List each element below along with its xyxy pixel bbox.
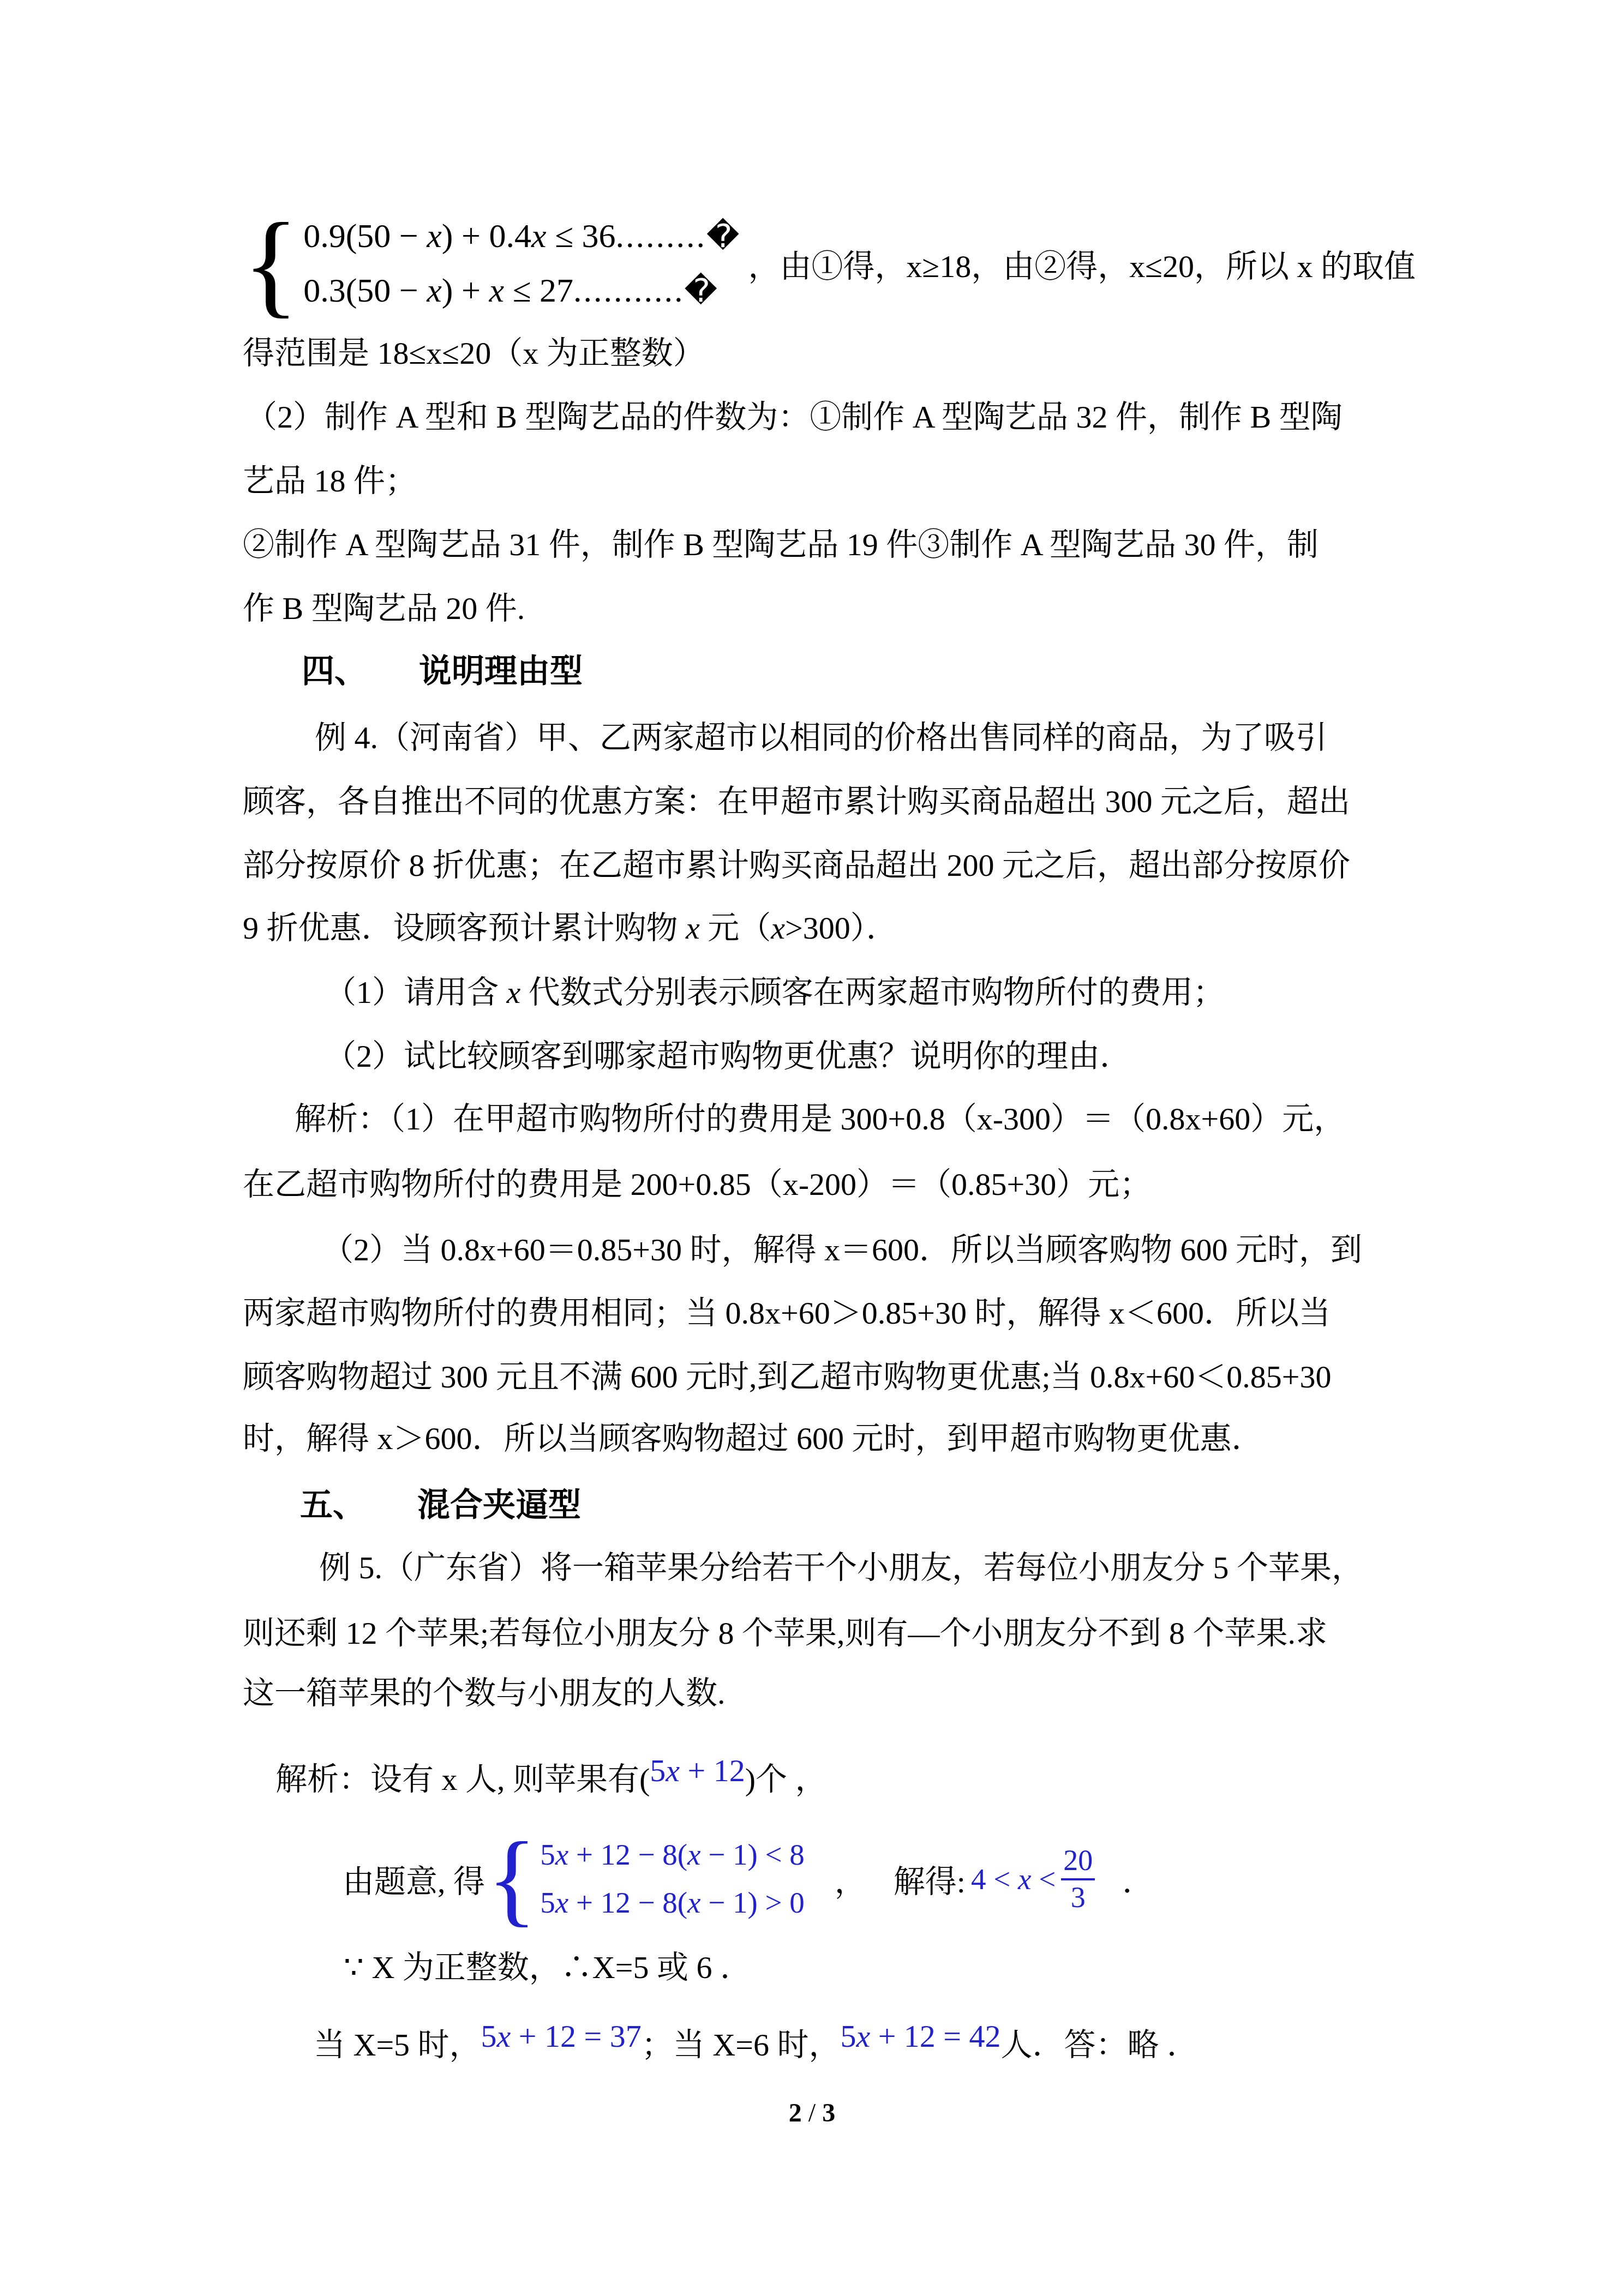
- text-segment: x: [1018, 1862, 1031, 1896]
- example-4-line-3: 部分按原价 8 折优惠；在乙超市累计购买商品超出 200 元之后，超出部分按原价: [243, 848, 1350, 883]
- answer-count-line-4: 作 B 型陶艺品 20 件.: [243, 591, 525, 627]
- text-segment: x: [856, 2018, 870, 2054]
- text-segment: − 1) < 8: [700, 1838, 804, 1871]
- text-segment: 3: [822, 2099, 835, 2127]
- replacement-char-icon: �: [706, 217, 739, 255]
- text-segment: x: [771, 910, 785, 946]
- text-segment: + 12 − 8(: [568, 1886, 687, 1919]
- system-rows: 0.9(50 − x) + 0.4x ≤ 36.........� 0.3(50…: [303, 209, 739, 318]
- fraction-20-3: 20 3: [1061, 1843, 1095, 1914]
- system-comma: ，: [835, 1856, 866, 1902]
- inequality-system-block: { 0.9(50 − x) + 0.4x ≤ 36.........� 0.3(…: [243, 205, 1416, 322]
- blue-system-brace: {: [487, 1827, 537, 1931]
- system-period: ．: [1122, 1856, 1154, 1902]
- text-segment: 0.3(50 −: [303, 272, 427, 309]
- text-segment: ) + 0.4: [442, 218, 531, 255]
- text-segment: x: [687, 1838, 700, 1871]
- text-segment: 9 折优惠．设顾客预计累计购物: [243, 910, 686, 946]
- final-answer-post: 人．答：略 ．: [1001, 2027, 1199, 2063]
- example-4-solution-line-4: 两家超市购物所付的费用相同；当 0.8x+60＞0.85+30 时，解得 x＜6…: [243, 1295, 1331, 1331]
- example-5-line-1: 例 5.（广东省）将一箱苹果分给若干个小朋友，若每位小朋友分 5 个苹果，: [319, 1550, 1363, 1586]
- inline-math-x5: 5x + 12 = 37: [481, 2018, 642, 2054]
- inline-math-x6: 5x + 12 = 42: [840, 2018, 1000, 2054]
- final-answer-pre: 当 X=5 时，: [314, 2027, 481, 2063]
- text-segment: 5: [540, 1886, 555, 1919]
- solution-intro-pre: 解析：设有 x 人, 则苹果有(: [275, 1762, 650, 1797]
- section-5-number: 五、: [300, 1487, 365, 1523]
- text-segment: x: [489, 272, 504, 309]
- example-4-question-2: （2）试比较顾客到哪家超市购物更优惠？说明你的理由．: [325, 1038, 1131, 1074]
- text-segment: x: [427, 218, 442, 255]
- text-segment: + 12 = 37: [511, 2018, 641, 2054]
- answer-count-line-3: ②制作 A 型陶艺品 31 件，制作 B 型陶艺品 19 件③制作 A 型陶艺品…: [243, 527, 1319, 563]
- text-segment: x: [666, 1753, 680, 1788]
- text-segment: x: [555, 1886, 568, 1919]
- example-5-solution-intro: 解析：设有 x 人, 则苹果有(5x + 12)个 ，: [275, 1753, 827, 1798]
- text-segment: + 12 = 42: [870, 2018, 1000, 2054]
- section-4-title: 说明理由型: [419, 653, 583, 689]
- text-segment: + 12 − 8(: [568, 1838, 687, 1871]
- solution-range-line: 得范围是 18≤x≤20（x 为正整数）: [243, 335, 705, 371]
- example-4-solution-line-6: 时，解得 x＞600．所以当顾客购物超过 600 元时，到甲超市购物更优惠．: [243, 1421, 1263, 1457]
- example-5-line-2: 则还剩 12 个苹果;若每位小朋友分 8 个苹果,则有—个小朋友分不到 8 个苹…: [243, 1615, 1327, 1651]
- blue-inequality-1: 5x + 12 − 8(x − 1) < 8: [540, 1831, 805, 1879]
- section-heading-5: 五、混合夹逼型: [300, 1487, 581, 1523]
- answer-count-line-1: （2）制作 A 型和 B 型陶艺品的件数为：①制作 A 型陶艺品 32 件，制作…: [245, 399, 1343, 435]
- text-segment: x: [427, 272, 442, 309]
- fraction-numerator: 20: [1061, 1843, 1095, 1880]
- text-segment: （1）请用含: [325, 975, 507, 1010]
- text-segment: /: [802, 2099, 822, 2127]
- conclusion-line: ∵ X 为正整数，∴X=5 或 6 ．: [344, 1950, 752, 1986]
- text-segment: ≤ 36: [547, 218, 616, 255]
- example-4-solution-line-2: 在乙超市购物所付的费用是 200+0.85（x-200）＝（0.85+30）元；: [243, 1167, 1151, 1203]
- text-segment: <: [1031, 1862, 1056, 1896]
- text-segment: + 12: [680, 1753, 745, 1788]
- text-segment: − 1) > 0: [700, 1886, 804, 1919]
- fraction-denominator: 3: [1071, 1880, 1086, 1914]
- example-4-question-1: （1）请用含 x 代数式分别表示顾客在两家超市购物所付的费用；: [325, 975, 1225, 1011]
- text-segment: ...........: [573, 272, 685, 309]
- text-segment: x: [531, 218, 547, 255]
- example-4-line-1: 例 4.（河南省）甲、乙两家超市以相同的价格出售同样的商品，为了吸引: [315, 720, 1327, 756]
- solution-intro-post: )个 ，: [745, 1762, 827, 1797]
- text-segment: 0.9(50 −: [303, 218, 427, 255]
- document-page: { 0.9(50 − x) + 0.4x ≤ 36.........� 0.3(…: [0, 0, 1624, 2296]
- example-4-solution-line-3: （2）当 0.8x+60＝0.85+30 时，解得 x＝600．所以当顾客购物 …: [322, 1232, 1362, 1268]
- text-segment: x: [555, 1838, 568, 1871]
- solve-label: 解得:: [894, 1856, 966, 1902]
- final-answer-mid: ；当 X=6 时，: [642, 2027, 841, 2063]
- replacement-char-icon: �: [685, 272, 717, 309]
- example-4-line-4: 9 折优惠．设顾客预计累计购物 x 元（x>300）．: [243, 910, 898, 946]
- inline-math-apple-count: 5x + 12: [650, 1753, 745, 1788]
- text-segment: 代数式分别表示顾客在两家超市购物所付的费用；: [520, 975, 1225, 1010]
- section-5-title: 混合夹逼型: [417, 1487, 581, 1523]
- text-segment: x: [497, 2018, 511, 2054]
- solution-inequality: 4 < x <: [971, 1862, 1056, 1896]
- inequality-2: 0.3(50 − x) + x ≤ 27...........�: [303, 263, 739, 318]
- example-4-solution-line-1: 解析：（1）在甲超市购物所付的费用是 300+0.8（x-300）＝（0.8x+…: [295, 1101, 1345, 1137]
- example-4-line-2: 顾客，各自推出不同的优惠方案：在甲超市累计购买商品超出 300 元之后，超出: [243, 784, 1350, 820]
- page-number: 2 / 3: [0, 2099, 1624, 2128]
- answer-count-line-2: 艺品 18 件；: [243, 463, 417, 499]
- text-segment: x: [507, 975, 521, 1010]
- example-5-line-3: 这一箱苹果的个数与小朋友的人数.: [243, 1675, 726, 1711]
- blue-inequality-2: 5x + 12 − 8(x − 1) > 0: [540, 1879, 805, 1927]
- final-answer-line: 当 X=5 时，5x + 12 = 37；当 X=6 时，5x + 12 = 4…: [314, 2018, 1198, 2063]
- text-segment: 5: [650, 1753, 666, 1788]
- apple-system-block: 由题意, 得 { 5x + 12 − 8(x − 1) < 8 5x + 12 …: [343, 1832, 1154, 1925]
- system-lead-text: 由题意, 得: [343, 1856, 485, 1902]
- inequality-1: 0.9(50 − x) + 0.4x ≤ 36.........�: [303, 209, 739, 263]
- text-segment: x: [687, 1886, 700, 1919]
- text-segment: 4 <: [971, 1862, 1018, 1896]
- text-segment: 5: [481, 2018, 497, 2054]
- text-segment: 5: [540, 1838, 555, 1871]
- text-segment: >300）．: [785, 910, 898, 946]
- text-segment: x: [686, 910, 700, 946]
- blue-system-rows: 5x + 12 − 8(x − 1) < 8 5x + 12 − 8(x − 1…: [540, 1831, 805, 1927]
- text-segment: 2: [789, 2099, 802, 2127]
- text-segment: ≤ 27: [504, 272, 573, 309]
- text-segment: 5: [840, 2018, 856, 2054]
- system-brace: {: [243, 205, 299, 322]
- section-heading-4: 四、说明理由型: [302, 653, 583, 689]
- example-4-solution-line-5: 顾客购物超过 300 元且不满 600 元时,到乙超市购物更优惠;当 0.8x+…: [243, 1359, 1332, 1395]
- text-segment: .........: [616, 218, 707, 255]
- text-segment: 元（: [700, 910, 771, 946]
- text-segment: ) +: [442, 272, 489, 309]
- section-4-number: 四、: [302, 653, 367, 689]
- deduction-text: ，由①得，x≥18，由②得，x≤20，所以 x 的取值: [748, 241, 1416, 286]
